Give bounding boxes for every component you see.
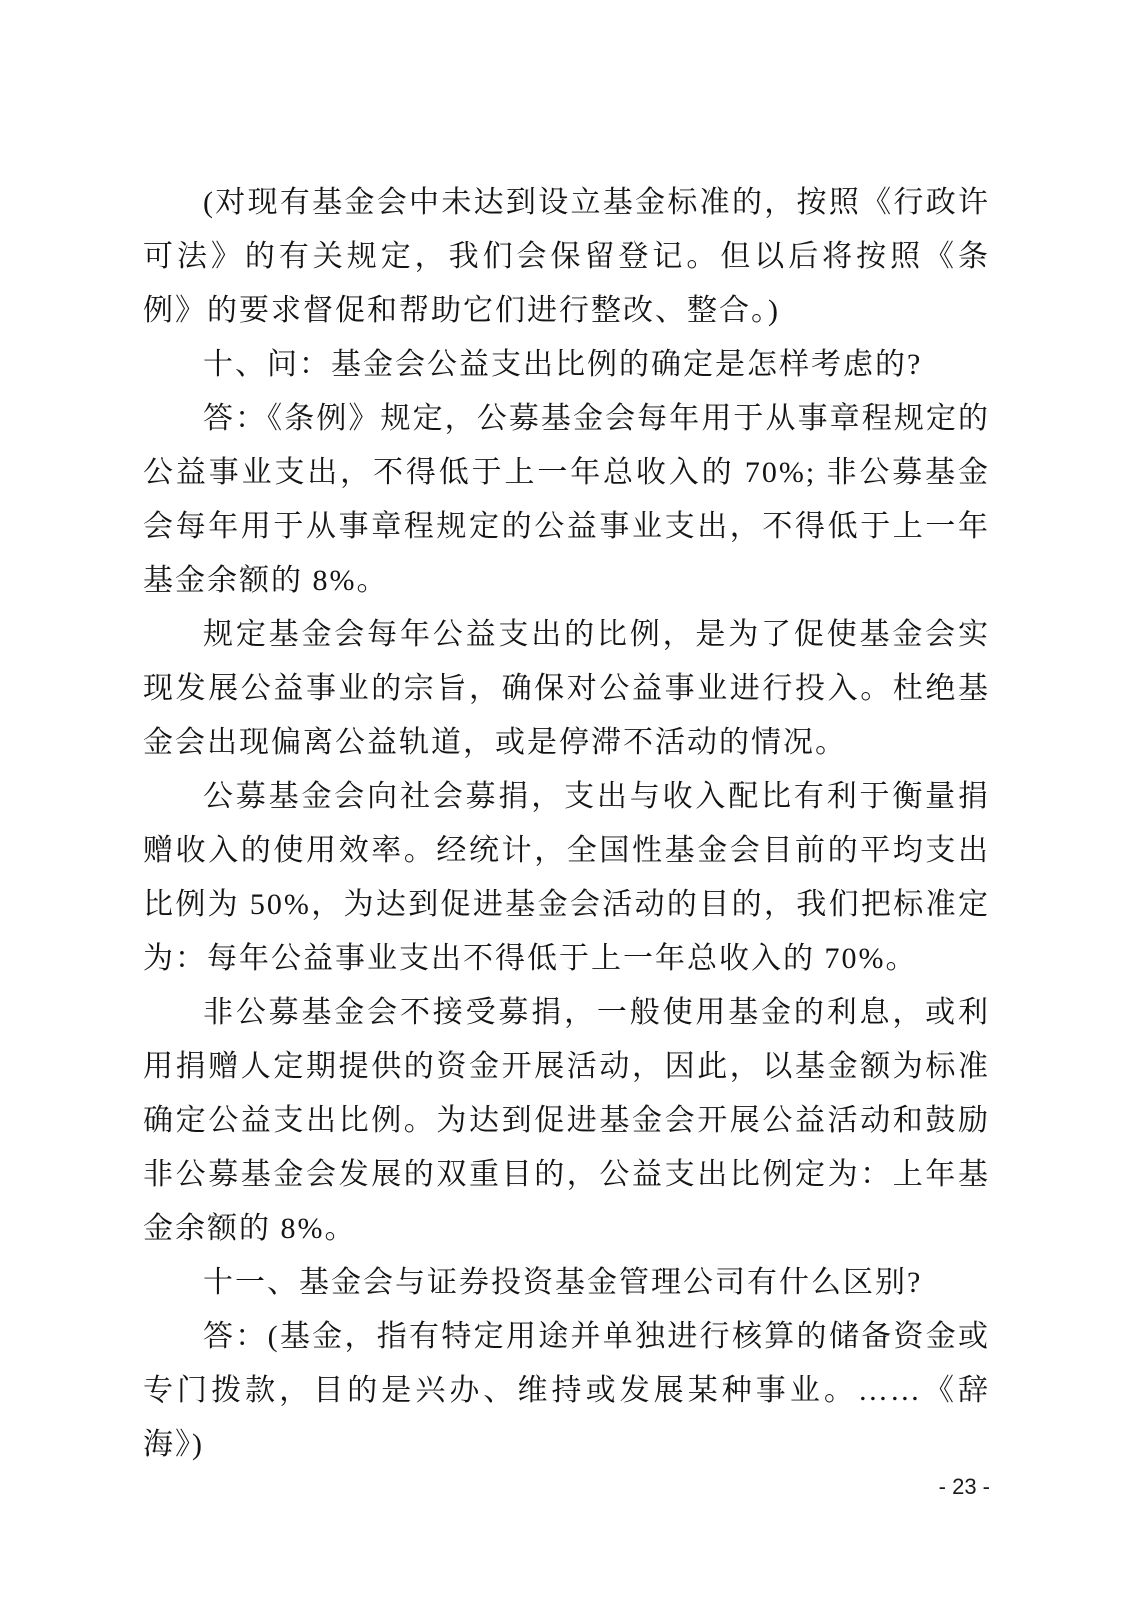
document-body: (对现有基金会中未达到设立基金标准的，按照《行政许可法》的有关规定，我们会保留登… [143,176,990,1472]
paragraph-answer-10-part-1: 答：《条例》规定，公募基金会每年用于从事章程规定的公益事业支出，不得低于上一年总… [143,392,990,608]
paragraph-question-11: 十一、基金会与证券投资基金管理公司有什么区别? [143,1256,990,1310]
page-number: - 23 - [939,1474,990,1500]
paragraph-parenthetical-note: (对现有基金会中未达到设立基金标准的，按照《行政许可法》的有关规定，我们会保留登… [143,176,990,338]
document-page: (对现有基金会中未达到设立基金标准的，按照《行政许可法》的有关规定，我们会保留登… [0,0,1131,1600]
paragraph-answer-10-part-4: 非公募基金会不接受募捐，一般使用基金的利息，或利用捐赠人定期提供的资金开展活动，… [143,986,990,1256]
paragraph-answer-10-part-3: 公募基金会向社会募捐，支出与收入配比有利于衡量捐赠收入的使用效率。经统计，全国性… [143,770,990,986]
paragraph-answer-11: 答：(基金，指有特定用途并单独进行核算的储备资金或专门拨款，目的是兴办、维持或发… [143,1310,990,1472]
paragraph-question-10: 十、问：基金会公益支出比例的确定是怎样考虑的? [143,338,990,392]
paragraph-answer-10-part-2: 规定基金会每年公益支出的比例，是为了促使基金会实现发展公益事业的宗旨，确保对公益… [143,608,990,770]
